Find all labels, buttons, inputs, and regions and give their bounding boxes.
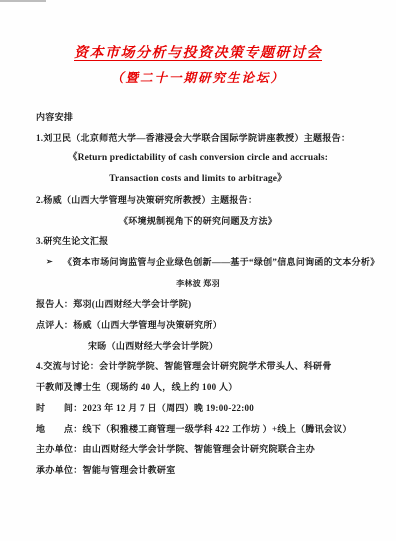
agenda-item-4-line1: 4.交流与讨论：会计学院学院、智能管理会计研究院学术带头人、科研骨: [0, 356, 396, 377]
agenda-item-4-line2: 干教师及博士生（现场约 40 人，线上约 100 人）: [0, 377, 396, 398]
host-line: 主办单位：由山西财经大学会计学院、智能管理会计研究院联合主办: [0, 439, 396, 460]
host-label: 主办单位：: [36, 444, 83, 454]
student-paper-authors: 李林波 郑羽: [0, 274, 396, 295]
agenda-item-2: 2.杨威（山西大学管理与决策研究所教授）主题报告：: [0, 190, 396, 211]
document-title: 资本市场分析与投资决策专题研讨会: [0, 0, 396, 64]
paper-title-en-line2: Transaction costs and limits to arbitrag…: [0, 169, 396, 190]
reviewer-line-2: 宋旸（山西财经大学会计学院）: [0, 336, 396, 357]
presenter-line: 报告人：郑羽(山西财经大学会计学院): [0, 294, 396, 315]
place-label: 地 点：: [36, 424, 83, 434]
organizer-label: 承办单位：: [36, 465, 83, 475]
paper-title-en-line1: 《Return predictability of cash conversio…: [0, 148, 396, 169]
paper-title-cn: 《环境规制视角下的研究问题及方法》: [0, 211, 396, 232]
time-line: 时 间：2023 年 12 月 7 日（周四）晚 19:00-22:00: [0, 398, 396, 419]
agenda-item-1: 1.刘卫民（北京师范大学—香港浸会大学联合国际学院讲座教授）主题报告：: [0, 128, 396, 149]
time-value: 2023 年 12 月 7 日（周四）晚 19:00-22:00: [83, 403, 255, 413]
student-paper-line: ➢《资本市场问询监管与企业绿色创新——基于“绿创”信息问询函的文本分析》: [0, 252, 396, 274]
place-value: 线下（积雅楼工商管理一级学科 422 工作坊 ）+线上（腾讯会议）: [83, 424, 352, 434]
arrow-bullet-icon: ➢: [46, 252, 53, 273]
agenda-item-3: 3.研究生论文汇报: [0, 231, 396, 252]
document-title-text: 资本市场分析与投资决策专题研讨会: [74, 46, 322, 61]
time-label: 时 间：: [36, 403, 83, 413]
place-line: 地 点：线下（积雅楼工商管理一级学科 422 工作坊 ）+线上（腾讯会议）: [0, 419, 396, 440]
scan-edge-artifact: [0, 0, 46, 2]
organizer-line: 承办单位：智能与管理会计教研室: [0, 460, 396, 481]
content-heading: 内容安排: [0, 107, 396, 128]
host-value: 由山西财经大学会计学院、智能管理会计研究院联合主办: [83, 444, 316, 454]
organizer-value: 智能与管理会计教研室: [83, 465, 176, 475]
document-page: 资本市场分析与投资决策专题研讨会 （暨二十一期研究生论坛） 内容安排 1.刘卫民…: [0, 0, 396, 541]
student-paper-title: 《资本市场问询监管与企业绿色创新——基于“绿创”信息问询函的文本分析》: [63, 257, 380, 267]
document-body: 内容安排 1.刘卫民（北京师范大学—香港浸会大学联合国际学院讲座教授）主题报告：…: [0, 107, 396, 481]
reviewer-line-1: 点评人：杨威（山西大学管理与决策研究所）: [0, 315, 396, 336]
document-subtitle: （暨二十一期研究生论坛）: [0, 69, 396, 87]
